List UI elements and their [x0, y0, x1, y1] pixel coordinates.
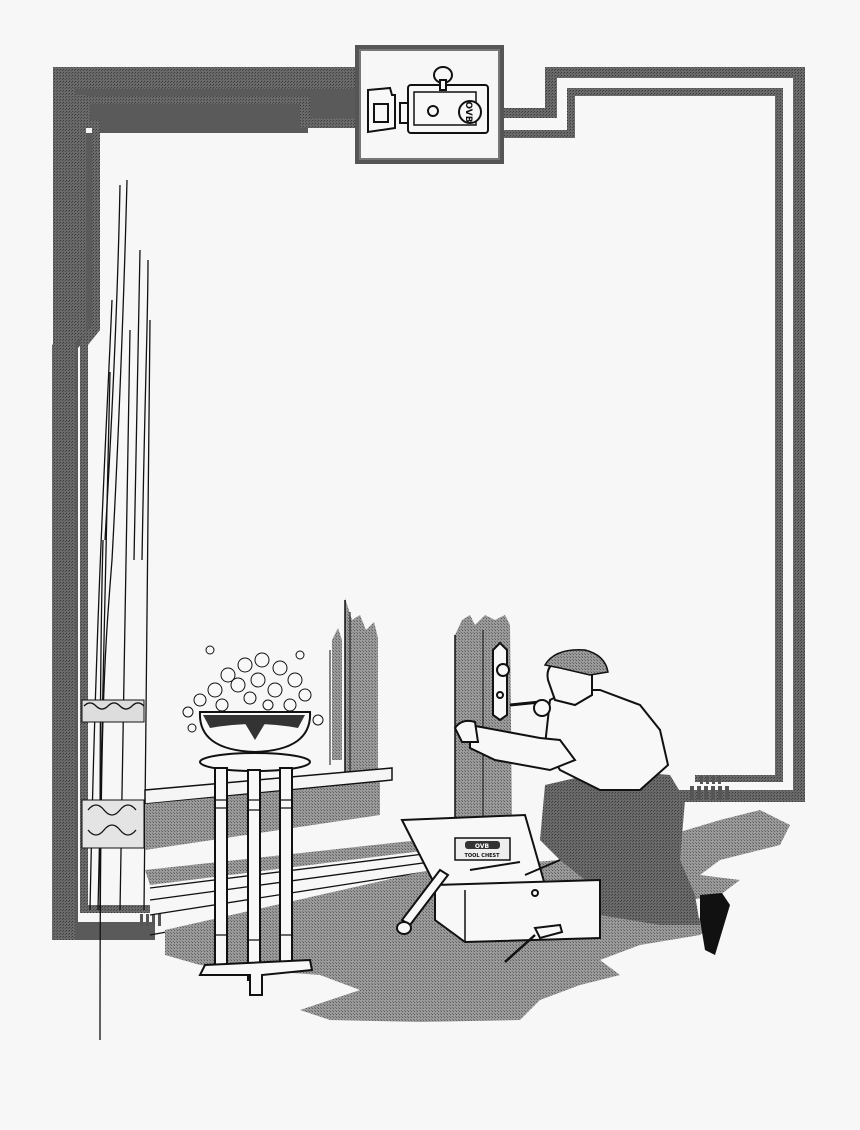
rim-lock-emblem: OVB [357, 47, 502, 162]
lock-brand-text: OVB [463, 101, 473, 122]
chest-brand-text: OVB [475, 843, 490, 850]
door-with-knob-plate [455, 615, 512, 820]
chest-label-text: TOOL CHEST [464, 853, 500, 859]
illustration: OVB [0, 0, 860, 1130]
potted-ivy [183, 646, 323, 752]
